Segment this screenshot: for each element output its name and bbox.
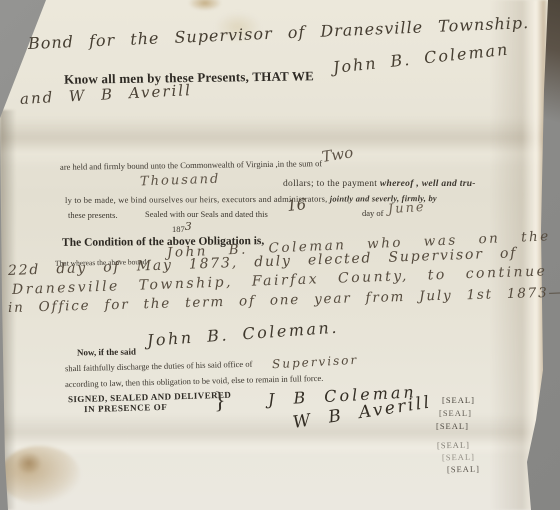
stain-bottom-left [0,446,80,504]
seal-label-5: [SEAL] [442,452,475,463]
seal-label-1: [SEAL] [442,395,475,405]
stain-bottom-left-dark [16,452,42,474]
fold-crease-bottom [0,414,560,456]
stain-top-edge [188,0,222,11]
bond-clause-line2: dollars; to the payment whereof , well a… [283,179,476,189]
year-line: 1873 [172,222,192,235]
photo-background: Bond for the Supervisor of Dranesville T… [0,0,560,510]
now-if-label: Now, if the said [77,346,136,357]
sum-word-thousand: Thousand [140,172,221,190]
these-presents-label: these presents. [68,210,118,220]
seal-label-2: [SEAL] [439,408,472,418]
witness-brace: } [214,388,226,415]
bond-clause-line3: ly to be made, we bind ourselves our hei… [65,193,437,205]
line2-regular: dollars; to the payment [283,179,380,189]
year-printed: 187 [172,224,185,234]
seal-label-6: [SEAL] [447,464,480,475]
seal-label-3: [SEAL] [436,421,469,431]
month-value-handwritten: June [388,200,427,218]
year-handwritten-digit: 3 [185,220,192,233]
seal-label-4: [SEAL] [437,440,470,451]
line2-italic: whereof , well and tru- [380,179,476,189]
sealed-dated-label: Sealed with our Seals and dated this [145,209,268,219]
day-of-label: day of [362,208,383,218]
day-value-handwritten: 16 [286,195,307,215]
